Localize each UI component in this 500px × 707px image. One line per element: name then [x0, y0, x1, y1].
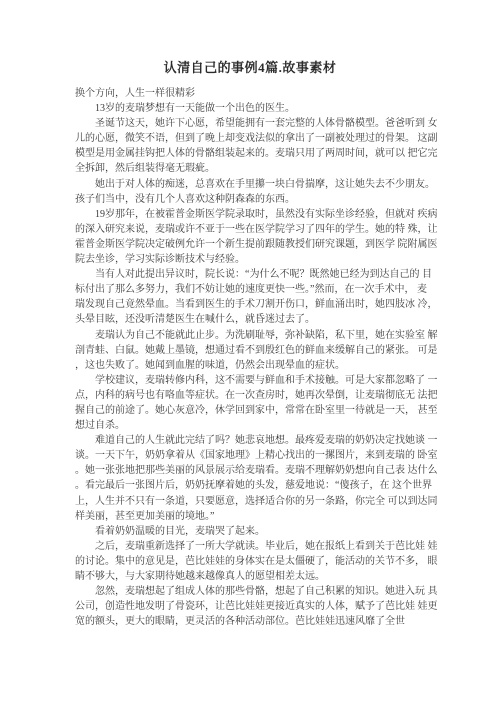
document-title: 认清自己的事例4篇.故事素材: [0, 0, 500, 76]
text-line: 忽然，麦瑞想起了组成人体的那些骨骼，想起了自己积累的知识。她进入玩 具: [75, 584, 437, 599]
text-line: 换个方向，人生一样很精彩: [75, 86, 437, 101]
text-line: 标付出了那么多努力，我们不妨让她的速度更快一些。”然而，在一次手术中， 麦: [75, 282, 437, 297]
text-line: 上，人生并不只有一条道，只要愿意，选择适合你的另一条路，你完全 可以到达同: [75, 494, 437, 509]
text-line: 。看完最后一张图片后，奶奶抚摩着她的头发，慈爱地说：“傻孩子，在 这个世界: [75, 478, 437, 493]
text-line: 谈。一天下午，奶奶拿着从《国家地理》上精心找出的一摞图片，来到麦瑞的 卧室: [75, 448, 437, 463]
text-line: 模型是用金属挂钩把人体的骨骼组装起来的。麦瑞只用了两周时间，就可以 把它完: [75, 146, 437, 161]
text-line: 霍普金斯医学院决定破例允许一个新生提前跟随教授们研究课题，到医学 院附属医: [75, 237, 437, 252]
document-body: 换个方向，人生一样很精彩13岁的麦瑞梦想有一天能做一个出色的医生。圣诞节这天，她…: [75, 86, 437, 629]
text-line: 的讨论。集中的意见是，芭比娃娃的身体实在是太僵硬了，能活动的关节不多， 眼: [75, 554, 437, 569]
text-line: 难道自己的人生就此完结了吗？她悲哀地想。最疼爱麦瑞的奶奶决定找她谈 一: [75, 433, 437, 448]
text-line: 想过自杀。: [75, 418, 437, 433]
text-line: 全拆卸，然后组装得毫无瑕疵。: [75, 161, 437, 176]
text-line: 睛不够大，与大家期待她越来越像真人的愿望相差太远。: [75, 569, 437, 584]
text-line: 公司，创造性地发明了骨瓷环，让芭比娃娃更接近真实的人体，赋予了芭比娃 娃更: [75, 599, 437, 614]
text-line: 13岁的麦瑞梦想有一天能做一个出色的医生。: [75, 101, 437, 116]
text-line: 剖青蛙、白鼠。她戴上墨镜，想通过看不到殷红色的鲜血来缓解自己的紧张。 可是: [75, 343, 437, 358]
text-line: 。她一张张地把那些美丽的风景展示给麦瑞看。麦瑞不理解奶奶想向自己表 达什么: [75, 463, 437, 478]
text-line: 握自己的前途了。她心灰意冷，休学回到家中，常常在卧室里一待就是一天， 甚至: [75, 403, 437, 418]
text-line: 她出于对人体的痴迷，总喜欢在手里攥一块白骨揣摩，这让她失去不少朋友。: [75, 177, 437, 192]
text-line: 孩子们当中，没有几个人喜欢这种阴森森的东西。: [75, 192, 437, 207]
text-line: 点，内科的病号也有咯血等症状。在一次查房时，她再次晕倒，让麦瑞彻底无 法把: [75, 388, 437, 403]
document-page: 认清自己的事例4篇.故事素材 换个方向，人生一样很精彩13岁的麦瑞梦想有一天能做…: [0, 0, 500, 707]
text-line: 瑞发现自己竟然晕血。当看到医生的手术刀割开伤口，鲜血涌出时，她四肢冰 冷，: [75, 297, 437, 312]
text-line: 宽的额头，更大的眼睛，更灵活的各种活动部位。芭比娃娃迅速风靡了全世: [75, 614, 437, 629]
text-line: 之后，麦瑞重新选择了一所大学就读。毕业后，她在报纸上看到关于芭比娃 娃: [75, 539, 437, 554]
text-line: 样美丽，甚至更加美丽的境地。”: [75, 509, 437, 524]
text-line: 圣诞节这天，她许下心愿，希望能拥有一套完整的人体骨骼模型。爸爸听到 女: [75, 116, 437, 131]
text-line: 头晕目眩，还没听清楚医生在喊什么，就昏迷过去了。: [75, 312, 437, 327]
text-line: 19岁那年，在被霍普金斯医学院录取时，虽然没有实际坐诊经验，但就对 疾病: [75, 207, 437, 222]
text-line: 的深入研究来说，麦瑞或许不亚于一些在医学院学习了四年的学生。她的特 殊，让: [75, 222, 437, 237]
text-line: 学校建议，麦瑞转修内科，这不需要与鲜血和手术接触。可是大家都忽略了 一: [75, 373, 437, 388]
text-line: 看着奶奶温暖的目光，麦瑞哭了起来。: [75, 524, 437, 539]
text-line: 院去坐诊，学习实际诊断技术与经验。: [75, 252, 437, 267]
text-line: 麦瑞认为自己不能就此止步。为洗刷耻辱，弥补缺陷，私下里，她在实验室 解: [75, 328, 437, 343]
text-line: 当有人对此提出异议时，院长说：“为什么不呢？既然她已经为到达自己的 目: [75, 267, 437, 282]
text-line: 儿的心愿，微笑不语，但到了晚上却变戏法似的拿出了一副被处理过的骨架。 这副: [75, 131, 437, 146]
text-line: ，这也失败了。她闻到血腥的味道，仍然会出现晕血的症状。: [75, 358, 437, 373]
